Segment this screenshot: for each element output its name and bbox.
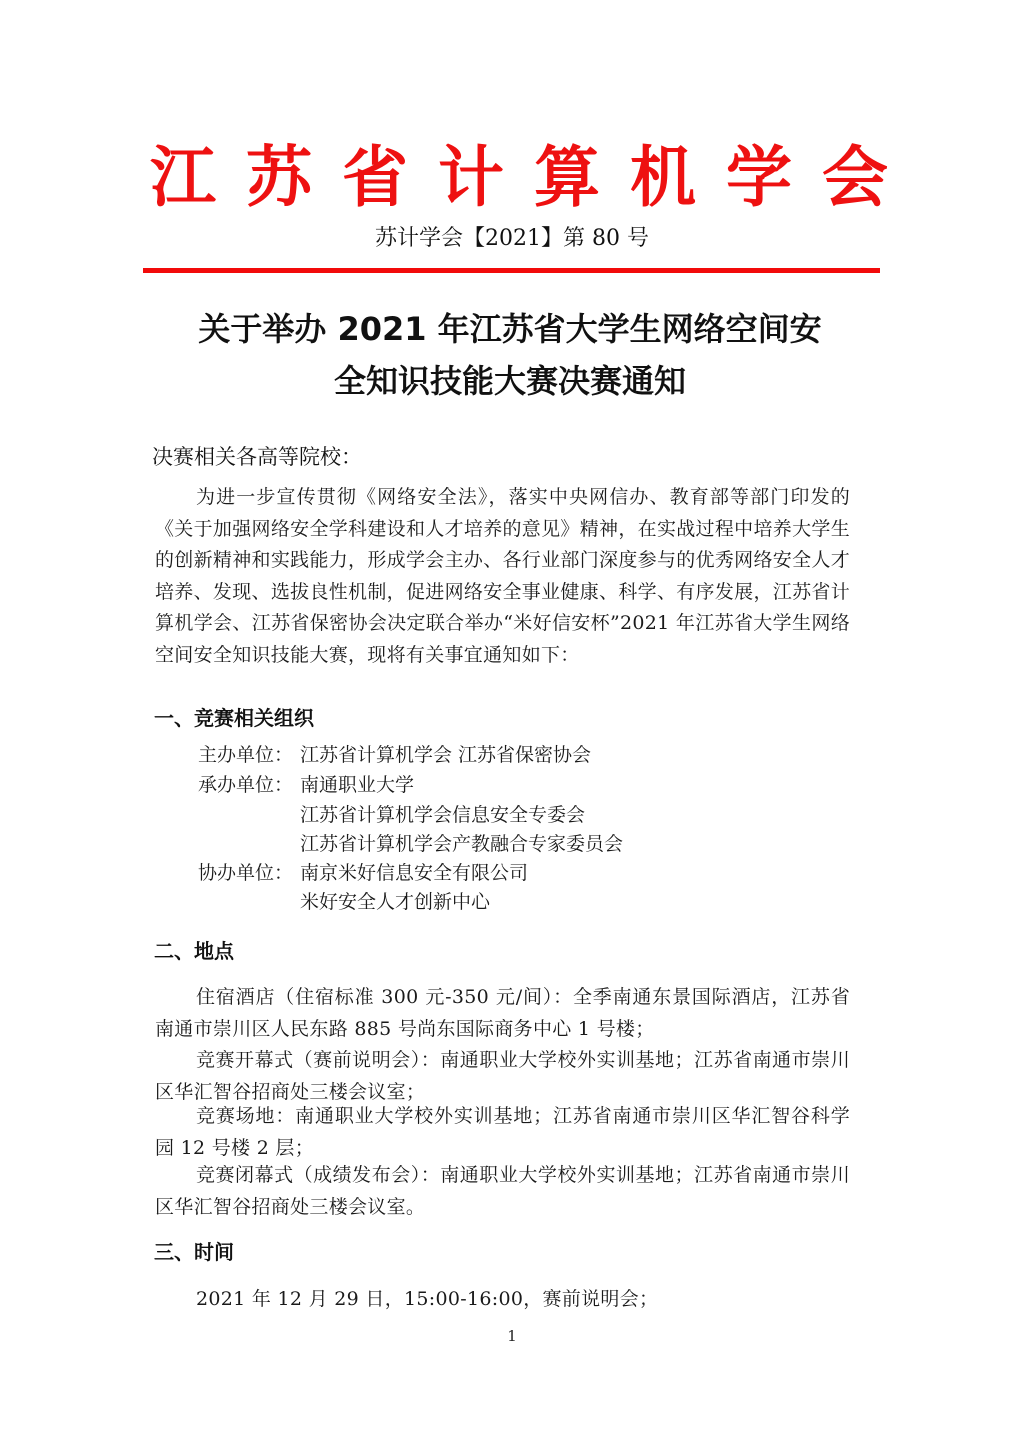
org-value: 米好安全人才创新中心 — [300, 888, 490, 918]
org-row-organizer: 承办单位：南通职业大学 — [198, 771, 414, 801]
org-label: 主办单位： — [198, 741, 300, 771]
org-row-organizer-2: 江苏省计算机学会信息安全专委会 — [198, 801, 585, 831]
time-entry: 2021 年 12 月 29 日，15:00-16:00，赛前说明会； — [155, 1284, 850, 1316]
location-hotel: 住宿酒店（住宿标准 300 元-350 元/间）：全季南通东景国际酒店，江苏省南… — [155, 982, 850, 1045]
organization-letterhead: 江苏省计算机学会 — [150, 138, 880, 218]
section-heading-location: 二、地点 — [154, 936, 234, 966]
org-label: 承办单位： — [198, 771, 300, 801]
document-page: 江苏省计算机学会 苏计学会【2021】第 80 号 关于举办 2021 年江苏省… — [0, 0, 1024, 1448]
org-value: 江苏省计算机学会信息安全专委会 — [300, 801, 585, 831]
document-number: 苏计学会【2021】第 80 号 — [0, 222, 1024, 256]
org-row-co-organizer: 协办单位：南京米好信息安全有限公司 — [198, 859, 528, 889]
org-row-co-organizer-2: 米好安全人才创新中心 — [198, 888, 490, 918]
org-label: 协办单位： — [198, 859, 300, 889]
page-number: 1 — [0, 1326, 1024, 1346]
title-line-2: 全知识技能大赛决赛通知 — [140, 355, 880, 407]
org-value: 江苏省计算机学会产教融合专家委员会 — [300, 830, 623, 860]
org-row-host: 主办单位：江苏省计算机学会 江苏省保密协会 — [198, 741, 591, 771]
org-value: 江苏省计算机学会 江苏省保密协会 — [300, 741, 591, 771]
letterhead-divider — [143, 268, 880, 273]
section-heading-organization: 一、竞赛相关组织 — [154, 703, 314, 733]
title-line-1: 关于举办 2021 年江苏省大学生网络空间安 — [140, 303, 880, 355]
intro-paragraph: 为进一步宣传贯彻《网络安全法》，落实中央网信办、教育部等部门印发的《关于加强网络… — [155, 482, 850, 671]
location-venue: 竞赛场地：南通职业大学校外实训基地；江苏省南通市崇川区华汇智谷科学园 12 号楼… — [155, 1101, 850, 1164]
org-row-organizer-3: 江苏省计算机学会产教融合专家委员会 — [198, 830, 623, 860]
location-closing: 竞赛闭幕式（成绩发布会）：南通职业大学校外实训基地；江苏省南通市崇川区华汇智谷招… — [155, 1160, 850, 1223]
salutation: 决赛相关各高等院校： — [152, 442, 362, 472]
section-heading-time: 三、时间 — [154, 1237, 234, 1267]
org-value: 南京米好信息安全有限公司 — [300, 859, 528, 889]
location-opening: 竞赛开幕式（赛前说明会）：南通职业大学校外实训基地；江苏省南通市崇川区华汇智谷招… — [155, 1045, 850, 1108]
page-title: 关于举办 2021 年江苏省大学生网络空间安 全知识技能大赛决赛通知 — [140, 303, 880, 407]
org-value: 南通职业大学 — [300, 771, 414, 801]
